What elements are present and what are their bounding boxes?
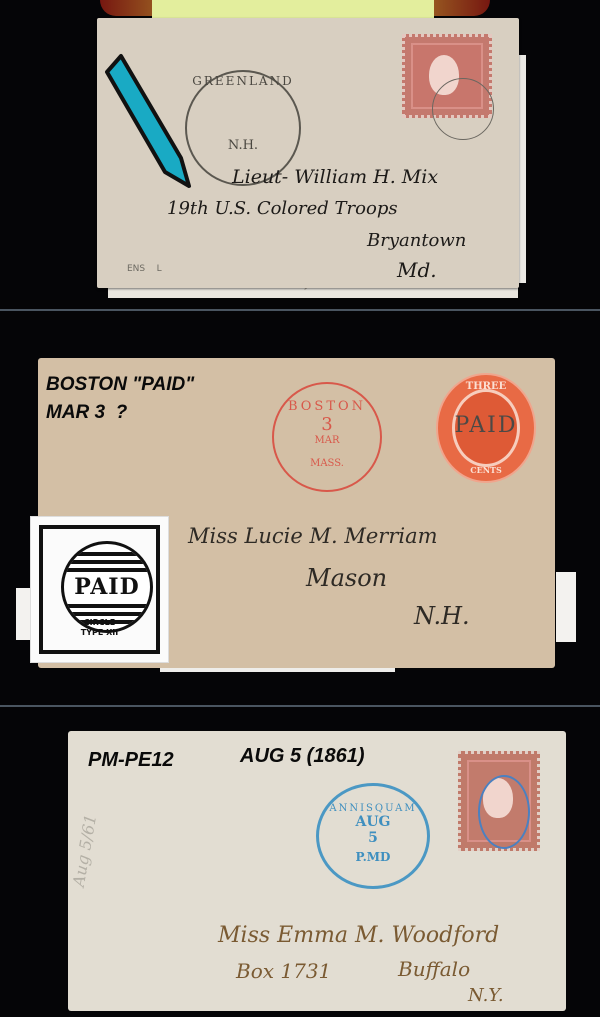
- cover-2-embossed-indicia: THREE CENTS PAID: [436, 373, 536, 483]
- cover-3-envelope: PM-PE12 AUG 5 (1861) Aug 5/61 ANNISQUAM …: [68, 731, 566, 1011]
- indicia-bottom-text: CENTS: [438, 465, 534, 475]
- cover-2-postmark-month: MAR: [315, 435, 340, 446]
- cover-2-annotation-line-2: MAR 3 ?: [46, 402, 127, 424]
- cover-3-docketing: Aug 5/61: [69, 813, 100, 888]
- blue-pointer-arrow-icon: [103, 52, 203, 192]
- cover-1-address-line-2: 19th U.S. Colored Troops: [167, 198, 398, 219]
- cover-2-address-line-3: N.H.: [414, 602, 470, 630]
- paid-card-word: PAID: [68, 574, 146, 600]
- cover-3-annotation-right: AUG 5 (1861): [240, 745, 365, 768]
- paid-reference-card: PAID CIRCLE TYPE XII: [30, 516, 169, 663]
- cover-3-postmark-town: ANNISQUAM: [329, 803, 416, 814]
- cover-3-stamp-cancel: [478, 775, 530, 849]
- cover-1-postmark-town: GREENLAND: [192, 74, 293, 88]
- cover-3-address-line-2: Box 1731: [236, 959, 331, 983]
- cover-2-postmark: BOSTON 3 MAR MASS.: [272, 382, 382, 492]
- cover-3-postmark-bottom: P.MD: [356, 850, 391, 864]
- cover-3-address-line-3: Buffalo: [398, 957, 470, 981]
- cover-2-postmark-state: MASS.: [310, 458, 344, 469]
- cover-3-annotation-left: PM-PE12: [88, 749, 174, 772]
- cover-2-address-line-1: Miss Lucie M. Merriam: [188, 524, 438, 548]
- cover-1-address-line-4: Md.: [397, 258, 437, 282]
- cover-3-postmark: ANNISQUAM AUG 5 P.MD: [316, 783, 430, 889]
- cover-1-address-line-3: Bryantown: [367, 230, 466, 251]
- cover-3-address-line-4: N.Y.: [468, 985, 504, 1006]
- cover-2-address-line-2: Mason: [306, 564, 387, 592]
- cover-3-postmark-day: 5: [368, 830, 378, 846]
- indicia-top-text: THREE: [438, 381, 534, 392]
- cover-1-stamp-cancel: [432, 78, 494, 140]
- paid-card-caption: CIRCLE TYPE XII: [43, 618, 156, 638]
- cover-3-postmark-month: AUG: [355, 814, 390, 830]
- cover-3-address-line-1: Miss Emma M. Woodford: [218, 923, 499, 948]
- cover-1-postmark-state: N.H.: [228, 138, 258, 153]
- cover-2-insert-right: [556, 572, 576, 642]
- cover-2-postmark-day: 3: [321, 414, 332, 435]
- cover-2-annotation-line-1: BOSTON "PAID": [46, 374, 194, 396]
- indicia-paid-cancel: PAID: [438, 413, 534, 438]
- cover-2-postmark-town: BOSTON: [288, 399, 366, 414]
- sleeve-divider-2: [0, 705, 600, 707]
- cover-1-address-line-1: Lieut- William H. Mix: [232, 166, 438, 188]
- cover-1-pencil-note: ENS L: [127, 264, 162, 274]
- sleeve-divider-1: [0, 309, 600, 311]
